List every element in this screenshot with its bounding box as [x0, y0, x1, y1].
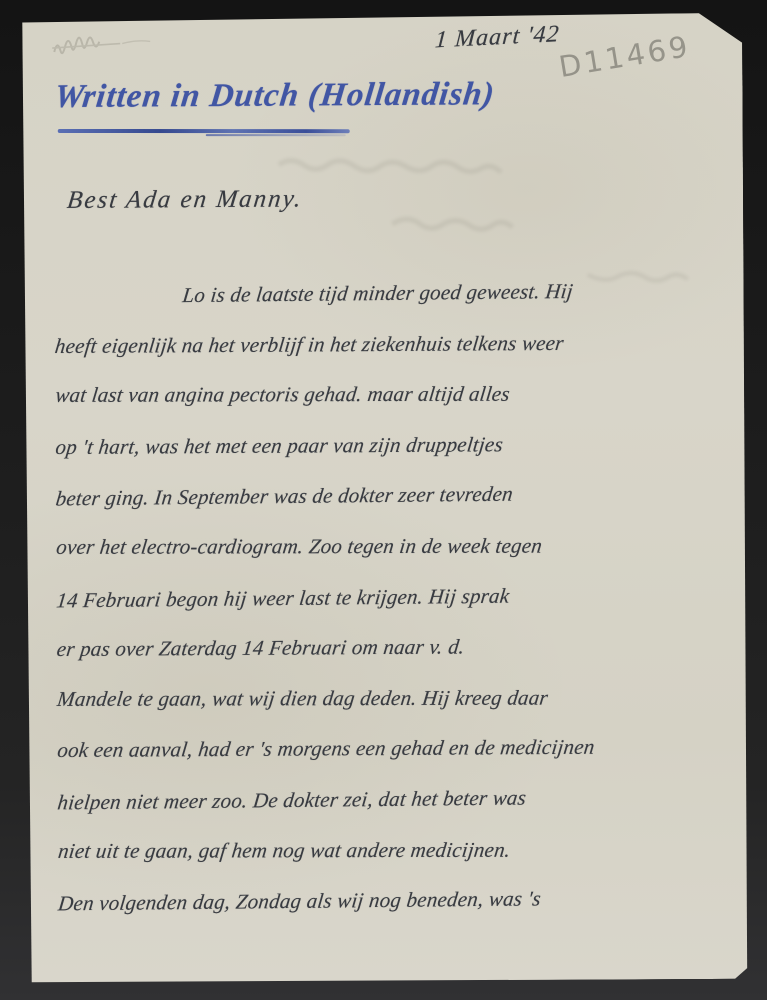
- letter-line: 14 Februari begon hij weer last te krijg…: [54, 568, 715, 625]
- salutation: Best Ada en Manny.: [66, 185, 305, 214]
- letter-heading: Written in Dutch (Hollandish): [52, 76, 496, 116]
- date-annotation: 1 Maart '42: [434, 21, 561, 54]
- letter-line: wat last van angina pectoris gehad. maar…: [52, 368, 713, 420]
- letter-line: Den volgenden dag, Zondag als wij nog be…: [55, 872, 716, 929]
- letter-line: op 't hart, was het met een paar van zij…: [53, 418, 714, 473]
- letter-line: Lo is de laatste tijd minder goed gewees…: [52, 265, 713, 322]
- pencil-scribble-icon: [50, 31, 170, 62]
- bleed-through-marks: [386, 212, 516, 239]
- letter-line: hielpen niet meer zoo. De dokter zei, da…: [55, 770, 716, 827]
- heading-underline: [58, 129, 350, 133]
- letter-body: Lo is de laatste tijd minder goed gewees…: [55, 266, 714, 928]
- letter-line: beter ging. In September was de dokter z…: [53, 467, 714, 524]
- letter-paper: 1 Maart '42 D11469 Written in Dutch (Hol…: [20, 13, 748, 983]
- archive-number: D11469: [556, 29, 692, 84]
- letter-line: er pas over Zaterdag 14 Februari om naar…: [54, 620, 715, 675]
- letter-line: ook een aanval, had er 's morgens een ge…: [55, 721, 716, 776]
- bleed-through-marks: [256, 154, 506, 186]
- letter-line: heeft eigenlijk na het verblijf in het z…: [52, 317, 713, 372]
- letter-line: Mandele te gaan, wat wij dien dag deden.…: [54, 672, 715, 724]
- letter-line: niet uit te gaan, gaf hem nog wat andere…: [55, 824, 716, 876]
- letter-line: over het electro-cardiogram. Zoo tegen i…: [53, 520, 714, 572]
